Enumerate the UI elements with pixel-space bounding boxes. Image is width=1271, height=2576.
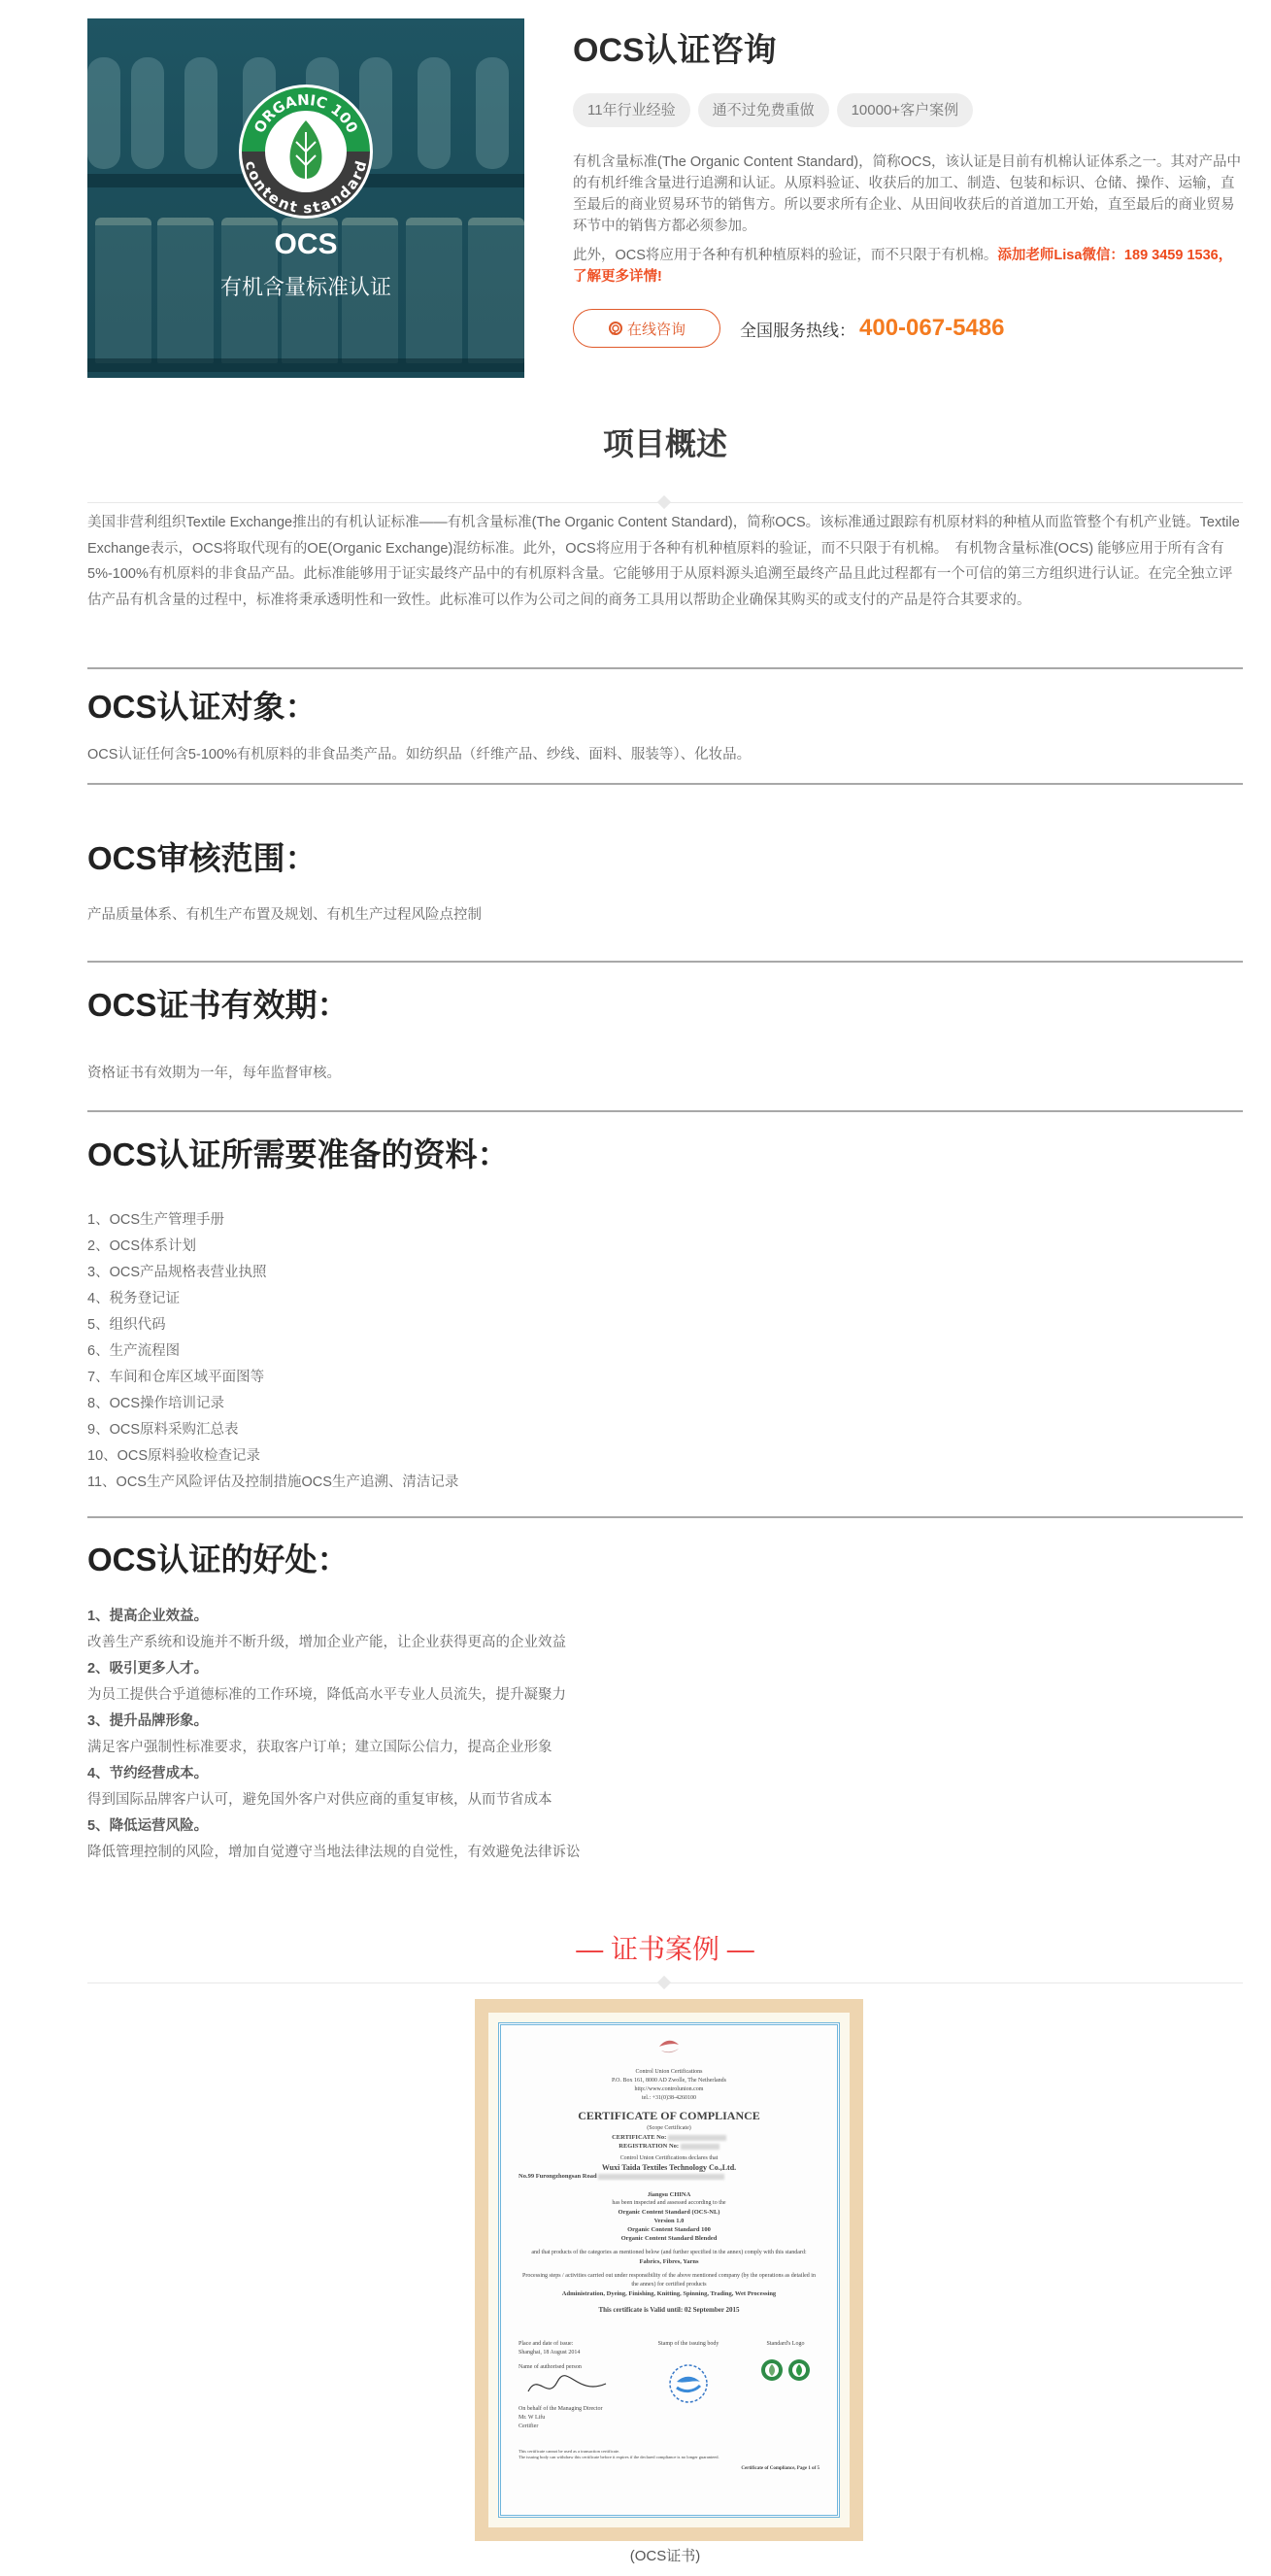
materials-heading: OCS认证所需要准备的资料： bbox=[87, 1130, 510, 1175]
list-item: 5、组织代码 bbox=[87, 1312, 458, 1339]
benefit-text: 改善生产系统和设施并不断升级，增加企业产能，让企业获得更高的企业效益 bbox=[87, 1630, 581, 1656]
certificate-caption: (OCS证书) bbox=[87, 2545, 1243, 2565]
list-item: 6、生产流程图 bbox=[87, 1339, 458, 1365]
list-item: 4、税务登记证 bbox=[87, 1286, 458, 1312]
description-paragraph: 有机含量标准(The Organic Content Standard)，简称O… bbox=[573, 152, 1243, 237]
list-item: 7、车间和仓库区域平面图等 bbox=[87, 1365, 458, 1391]
divider bbox=[87, 667, 1243, 669]
signature-icon bbox=[518, 2372, 616, 2401]
tag-free-redo: 通不过免费重做 bbox=[698, 93, 829, 127]
certificate-validity: This certificate is Valid until: 02 Sept… bbox=[518, 2306, 819, 2315]
divider bbox=[87, 1516, 1243, 1518]
ocs-blended-logo-icon bbox=[760, 2358, 784, 2382]
section-divider bbox=[87, 1983, 1243, 1983]
overview-text: 美国非营利组织Textile Exchange推出的有机认证标准——有机含量标准… bbox=[87, 510, 1243, 613]
overview-title: 项目概述 bbox=[87, 420, 1243, 464]
hotline-label: 全国服务热线： bbox=[740, 317, 855, 341]
benefit-text: 为员工提供合乎道德标准的工作环境，降低高水平专业人员流失，提升凝聚力 bbox=[87, 1682, 581, 1709]
hotline-number[interactable]: 400-067-5486 bbox=[859, 315, 1004, 342]
hero-image-title: OCS bbox=[87, 228, 524, 261]
list-item: 1、OCS生产管理手册 bbox=[87, 1207, 458, 1234]
target-text: OCS认证任何含5-100%有机原料的非食品类产品。如纺织品（纤维产品、纱线、面… bbox=[87, 743, 751, 763]
divider bbox=[87, 783, 1243, 785]
benefit-text: 得到国际品牌客户认可，避免国外客户对供应商的重复审核，从而节省成本 bbox=[87, 1787, 581, 1813]
target-heading: OCS认证对象： bbox=[87, 682, 318, 728]
certificate-heading: CERTIFICATE OF COMPLIANCE bbox=[518, 2109, 819, 2122]
tag-experience: 11年行业经验 bbox=[573, 93, 690, 127]
scope-text: 产品质量体系、有机生产布置及规划、有机生产过程风险点控制 bbox=[87, 903, 482, 924]
certificate-company: Wuxi Taida Textiles Technology Co.,Ltd. bbox=[518, 2163, 819, 2172]
ocs-100-logo-icon bbox=[787, 2358, 811, 2382]
feature-tags: 11年行业经验 通不过免费重做 10000+客户案例 bbox=[573, 93, 1243, 127]
stamp-icon bbox=[667, 2362, 710, 2405]
certificate-cases-title: — 证书案例 — bbox=[87, 1928, 1243, 1967]
benefit-text: 降低管理控制的风险，增加自觉遵守当地法律法规的自觉性，有效避免法律诉讼 bbox=[87, 1840, 581, 1866]
tag-customer-cases: 10000+客户案例 bbox=[837, 93, 973, 127]
materials-list: 1、OCS生产管理手册 2、OCS体系计划 3、OCS产品规格表营业执照 4、税… bbox=[87, 1207, 458, 1496]
benefits-heading: OCS认证的好处： bbox=[87, 1535, 350, 1580]
contact-row: 在线咨询 全国服务热线： 400-067-5486 bbox=[573, 309, 1243, 348]
hero-image-subtitle: 有机含量标准认证 bbox=[87, 271, 524, 301]
section-divider bbox=[87, 502, 1243, 503]
headset-icon bbox=[608, 321, 623, 336]
description-paragraph-2: 此外，OCS将应用于各种有机种植原料的验证，而不只限于有机棉。添加老师Lisa微… bbox=[573, 245, 1243, 288]
list-item: 11、OCS生产风险评估及控制措施OCS生产追溯、清洁记录 bbox=[87, 1470, 458, 1496]
issuer-logo-icon bbox=[657, 2039, 681, 2056]
list-item: 3、OCS产品规格表营业执照 bbox=[87, 1260, 458, 1286]
benefit-heading: 5、降低运营风险。 bbox=[87, 1813, 581, 1840]
benefit-heading: 2、吸引更多人才。 bbox=[87, 1656, 581, 1682]
benefit-heading: 1、提高企业效益。 bbox=[87, 1604, 581, 1630]
benefit-heading: 4、节约经营成本。 bbox=[87, 1761, 581, 1787]
divider bbox=[87, 1110, 1243, 1112]
online-consult-button[interactable]: 在线咨询 bbox=[573, 309, 720, 348]
page-title: OCS认证咨询 bbox=[573, 29, 1243, 72]
divider bbox=[87, 961, 1243, 963]
certificate-image: Control Union Certifications P.O. Box 16… bbox=[475, 1999, 863, 2541]
ocs-logo-icon: ORGANIC 100 content standard bbox=[238, 84, 374, 220]
benefit-heading: 3、提升品牌形象。 bbox=[87, 1709, 581, 1735]
hero-info: OCS认证咨询 11年行业经验 通不过免费重做 10000+客户案例 有机含量标… bbox=[573, 29, 1243, 348]
scope-heading: OCS审核范围： bbox=[87, 833, 318, 879]
benefits-list: 1、提高企业效益。 改善生产系统和设施并不断升级，增加企业产能，让企业获得更高的… bbox=[87, 1604, 581, 1866]
list-item: 2、OCS体系计划 bbox=[87, 1234, 458, 1260]
validity-heading: OCS证书有效期： bbox=[87, 980, 350, 1026]
list-item: 10、OCS原料验收检查记录 bbox=[87, 1443, 458, 1470]
list-item: 8、OCS操作培训记录 bbox=[87, 1391, 458, 1417]
validity-text: 资格证书有效期为一年，每年监督审核。 bbox=[87, 1062, 341, 1082]
list-item: 9、OCS原料采购汇总表 bbox=[87, 1417, 458, 1443]
hero-description: 有机含量标准(The Organic Content Standard)，简称O… bbox=[573, 152, 1243, 288]
hero-banner-image: ORGANIC 100 content standard OCS 有机含量标准认… bbox=[87, 18, 524, 378]
benefit-text: 满足客户强制性标准要求，获取客户订单；建立国际公信力，提高企业形象 bbox=[87, 1735, 581, 1761]
